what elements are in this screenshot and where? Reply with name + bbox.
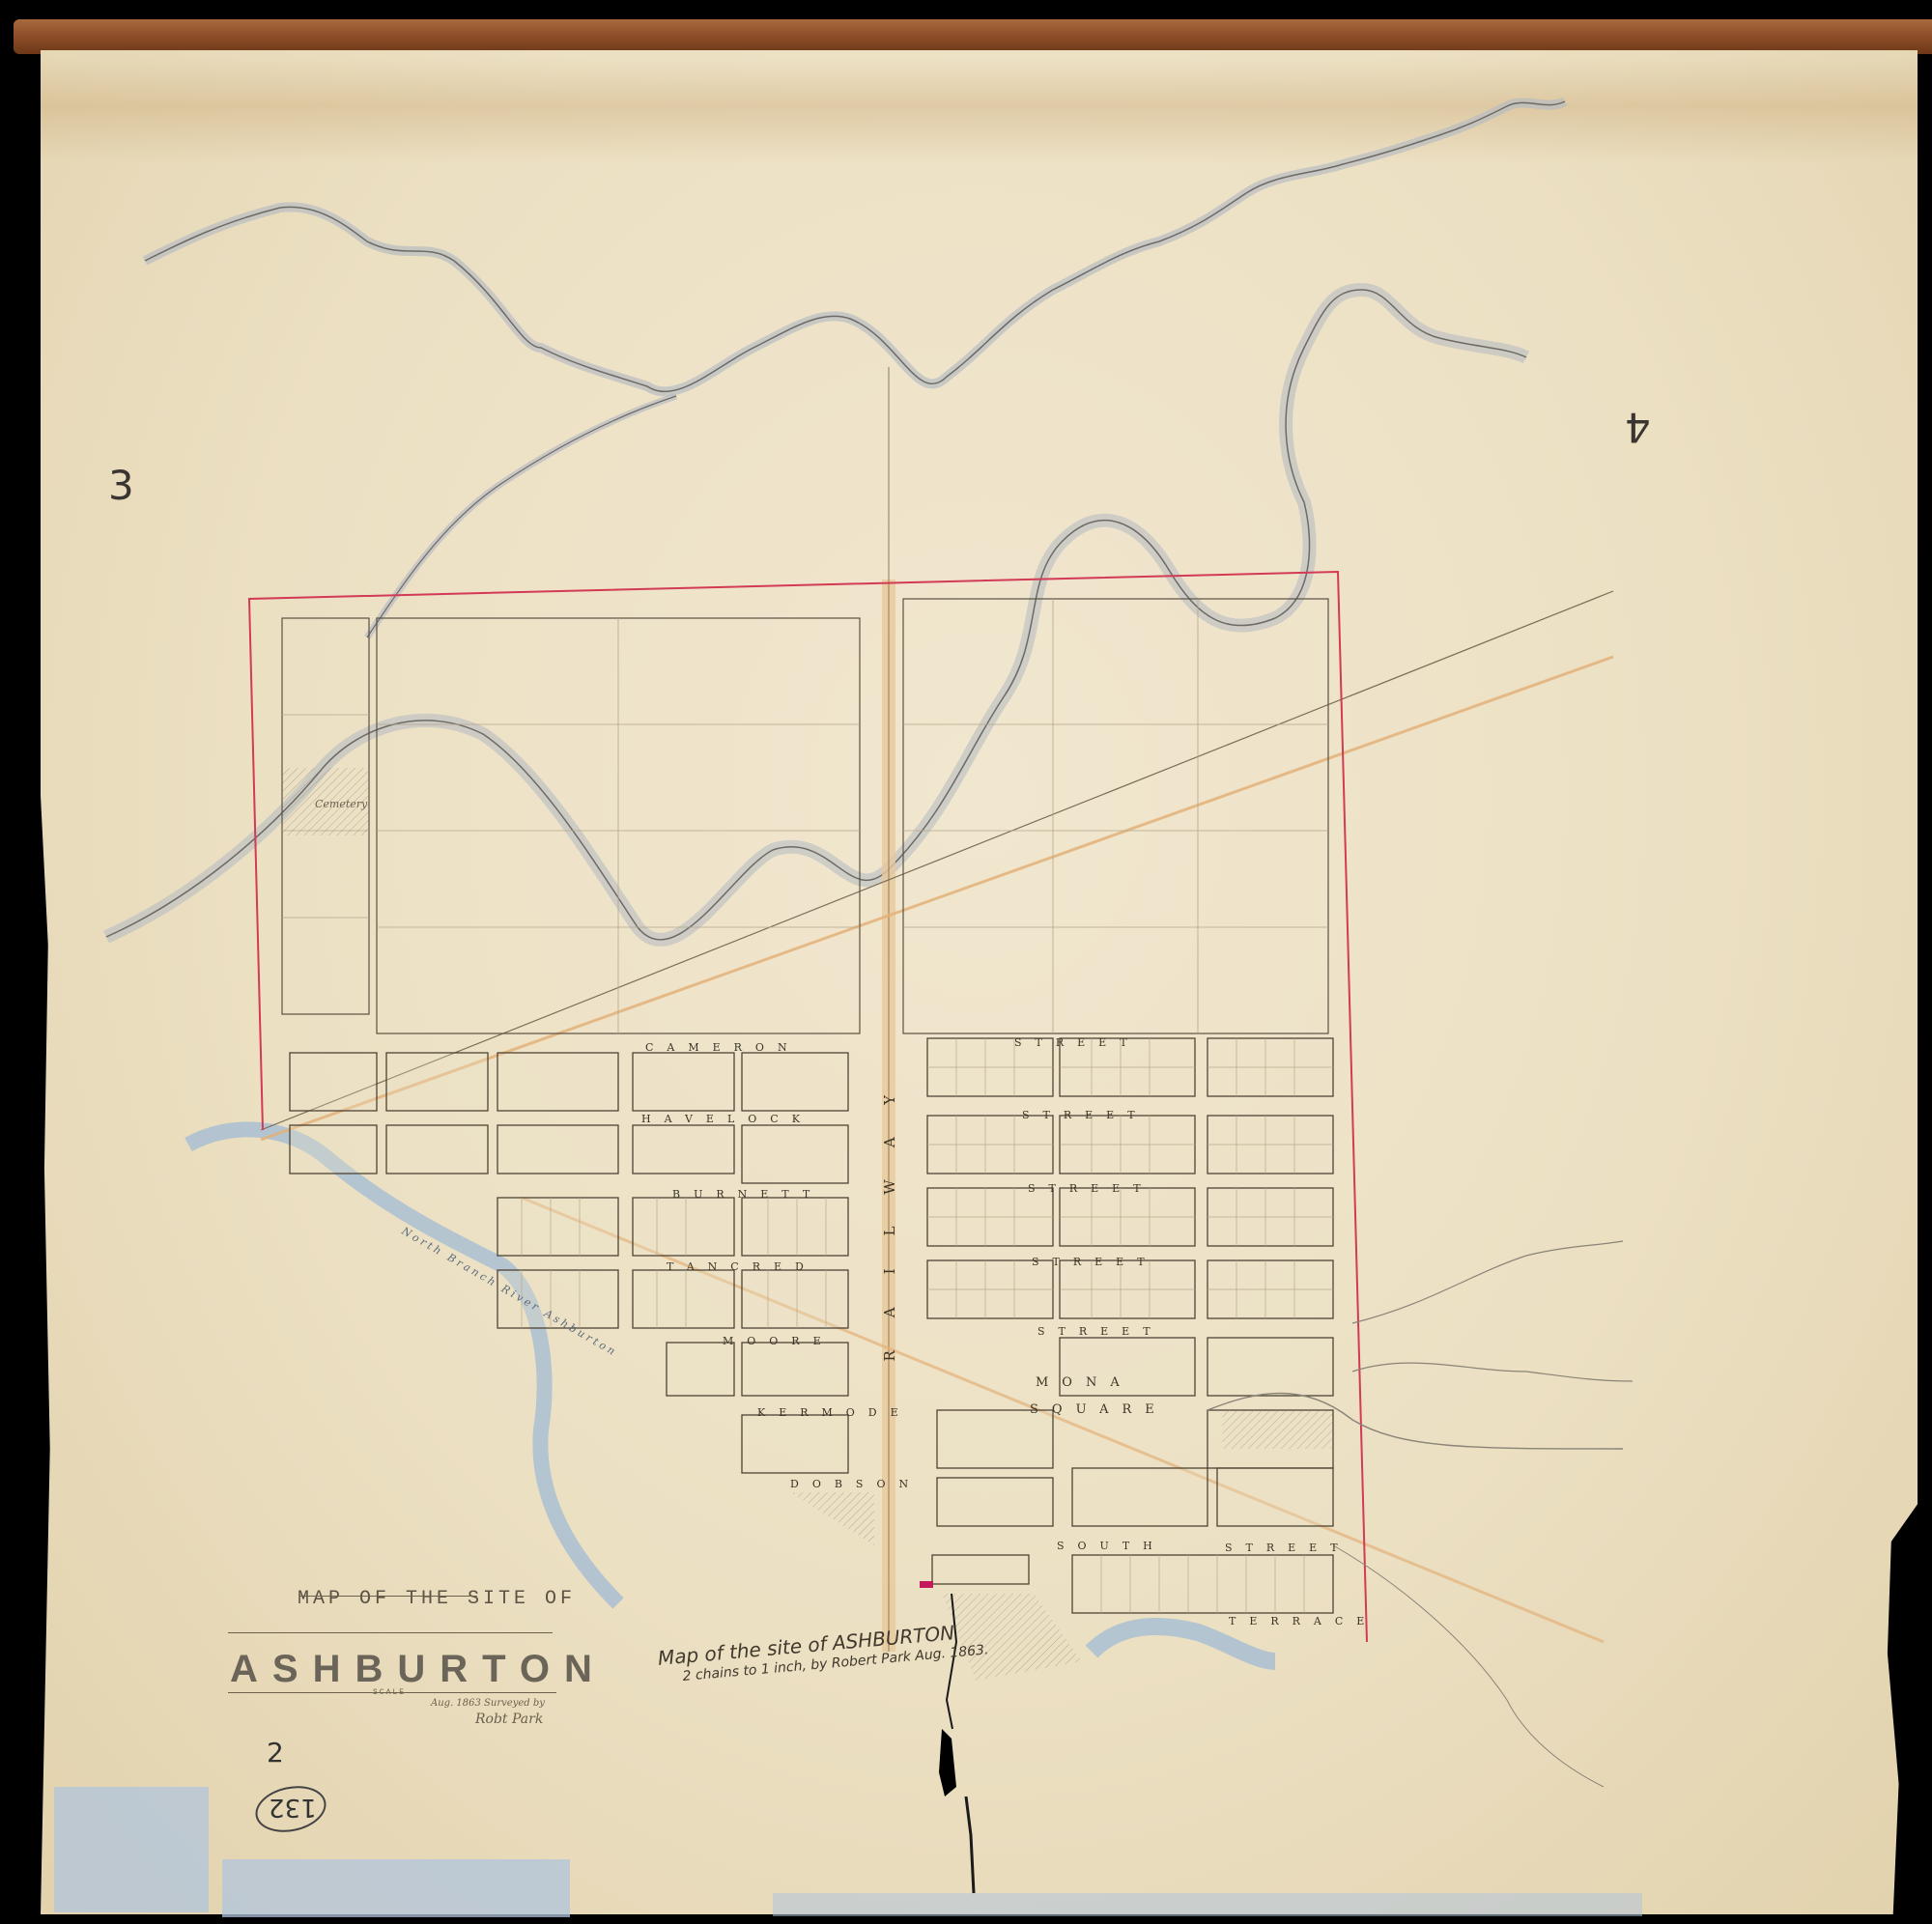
title-rule	[299, 1596, 477, 1597]
sheet-number-left: 3	[108, 462, 134, 509]
river-middle	[106, 290, 1526, 940]
street-label-cameron: CAMERON	[645, 1041, 801, 1054]
street-label: STREET	[1032, 1256, 1158, 1268]
engraved-note: Aug. 1863 Surveyed by	[431, 1698, 545, 1709]
street-label: STREET	[1022, 1109, 1149, 1121]
map-drawing	[0, 0, 1932, 1924]
railway-label: RAILWAY	[881, 1062, 898, 1362]
cemetery-label: Cemetery	[315, 798, 367, 810]
mona-square-label-2: SQUARE	[1030, 1402, 1168, 1417]
scale-label: SCALE	[373, 1688, 406, 1697]
handwritten-mark: 2	[267, 1737, 284, 1768]
title-line-1: MAP OF THE SITE OF	[298, 1588, 576, 1610]
street-label-moore: MOORE	[723, 1335, 835, 1347]
river-north	[145, 101, 1565, 391]
street-label: STREET	[1225, 1542, 1351, 1554]
signature: Robt Park	[475, 1712, 543, 1727]
catalogue-number: 132	[269, 1793, 317, 1822]
street-label-terrace: TERRACE	[1229, 1615, 1378, 1627]
street-label-dobson: DOBSON	[790, 1478, 922, 1490]
street-label-burnett: BURNETT	[672, 1188, 823, 1201]
sheet-number-right: 4	[1625, 404, 1651, 451]
mona-square-label: MONA	[1036, 1375, 1133, 1390]
red-building	[920, 1581, 933, 1588]
title-rule	[228, 1632, 553, 1633]
street-label-south: SOUTH	[1057, 1540, 1166, 1552]
street-label-tancred: TANCRED	[667, 1260, 817, 1273]
street-label: STREET	[1028, 1182, 1154, 1195]
street-label-kermode: KERMODE	[757, 1406, 912, 1419]
street-label: STREET	[1037, 1325, 1164, 1338]
title-line-2: ASHBURTON	[230, 1648, 607, 1691]
street-label-havelock: HAVELOCK	[641, 1113, 813, 1125]
street-label: STREET	[1014, 1036, 1141, 1049]
paper-tear	[939, 1729, 956, 1797]
